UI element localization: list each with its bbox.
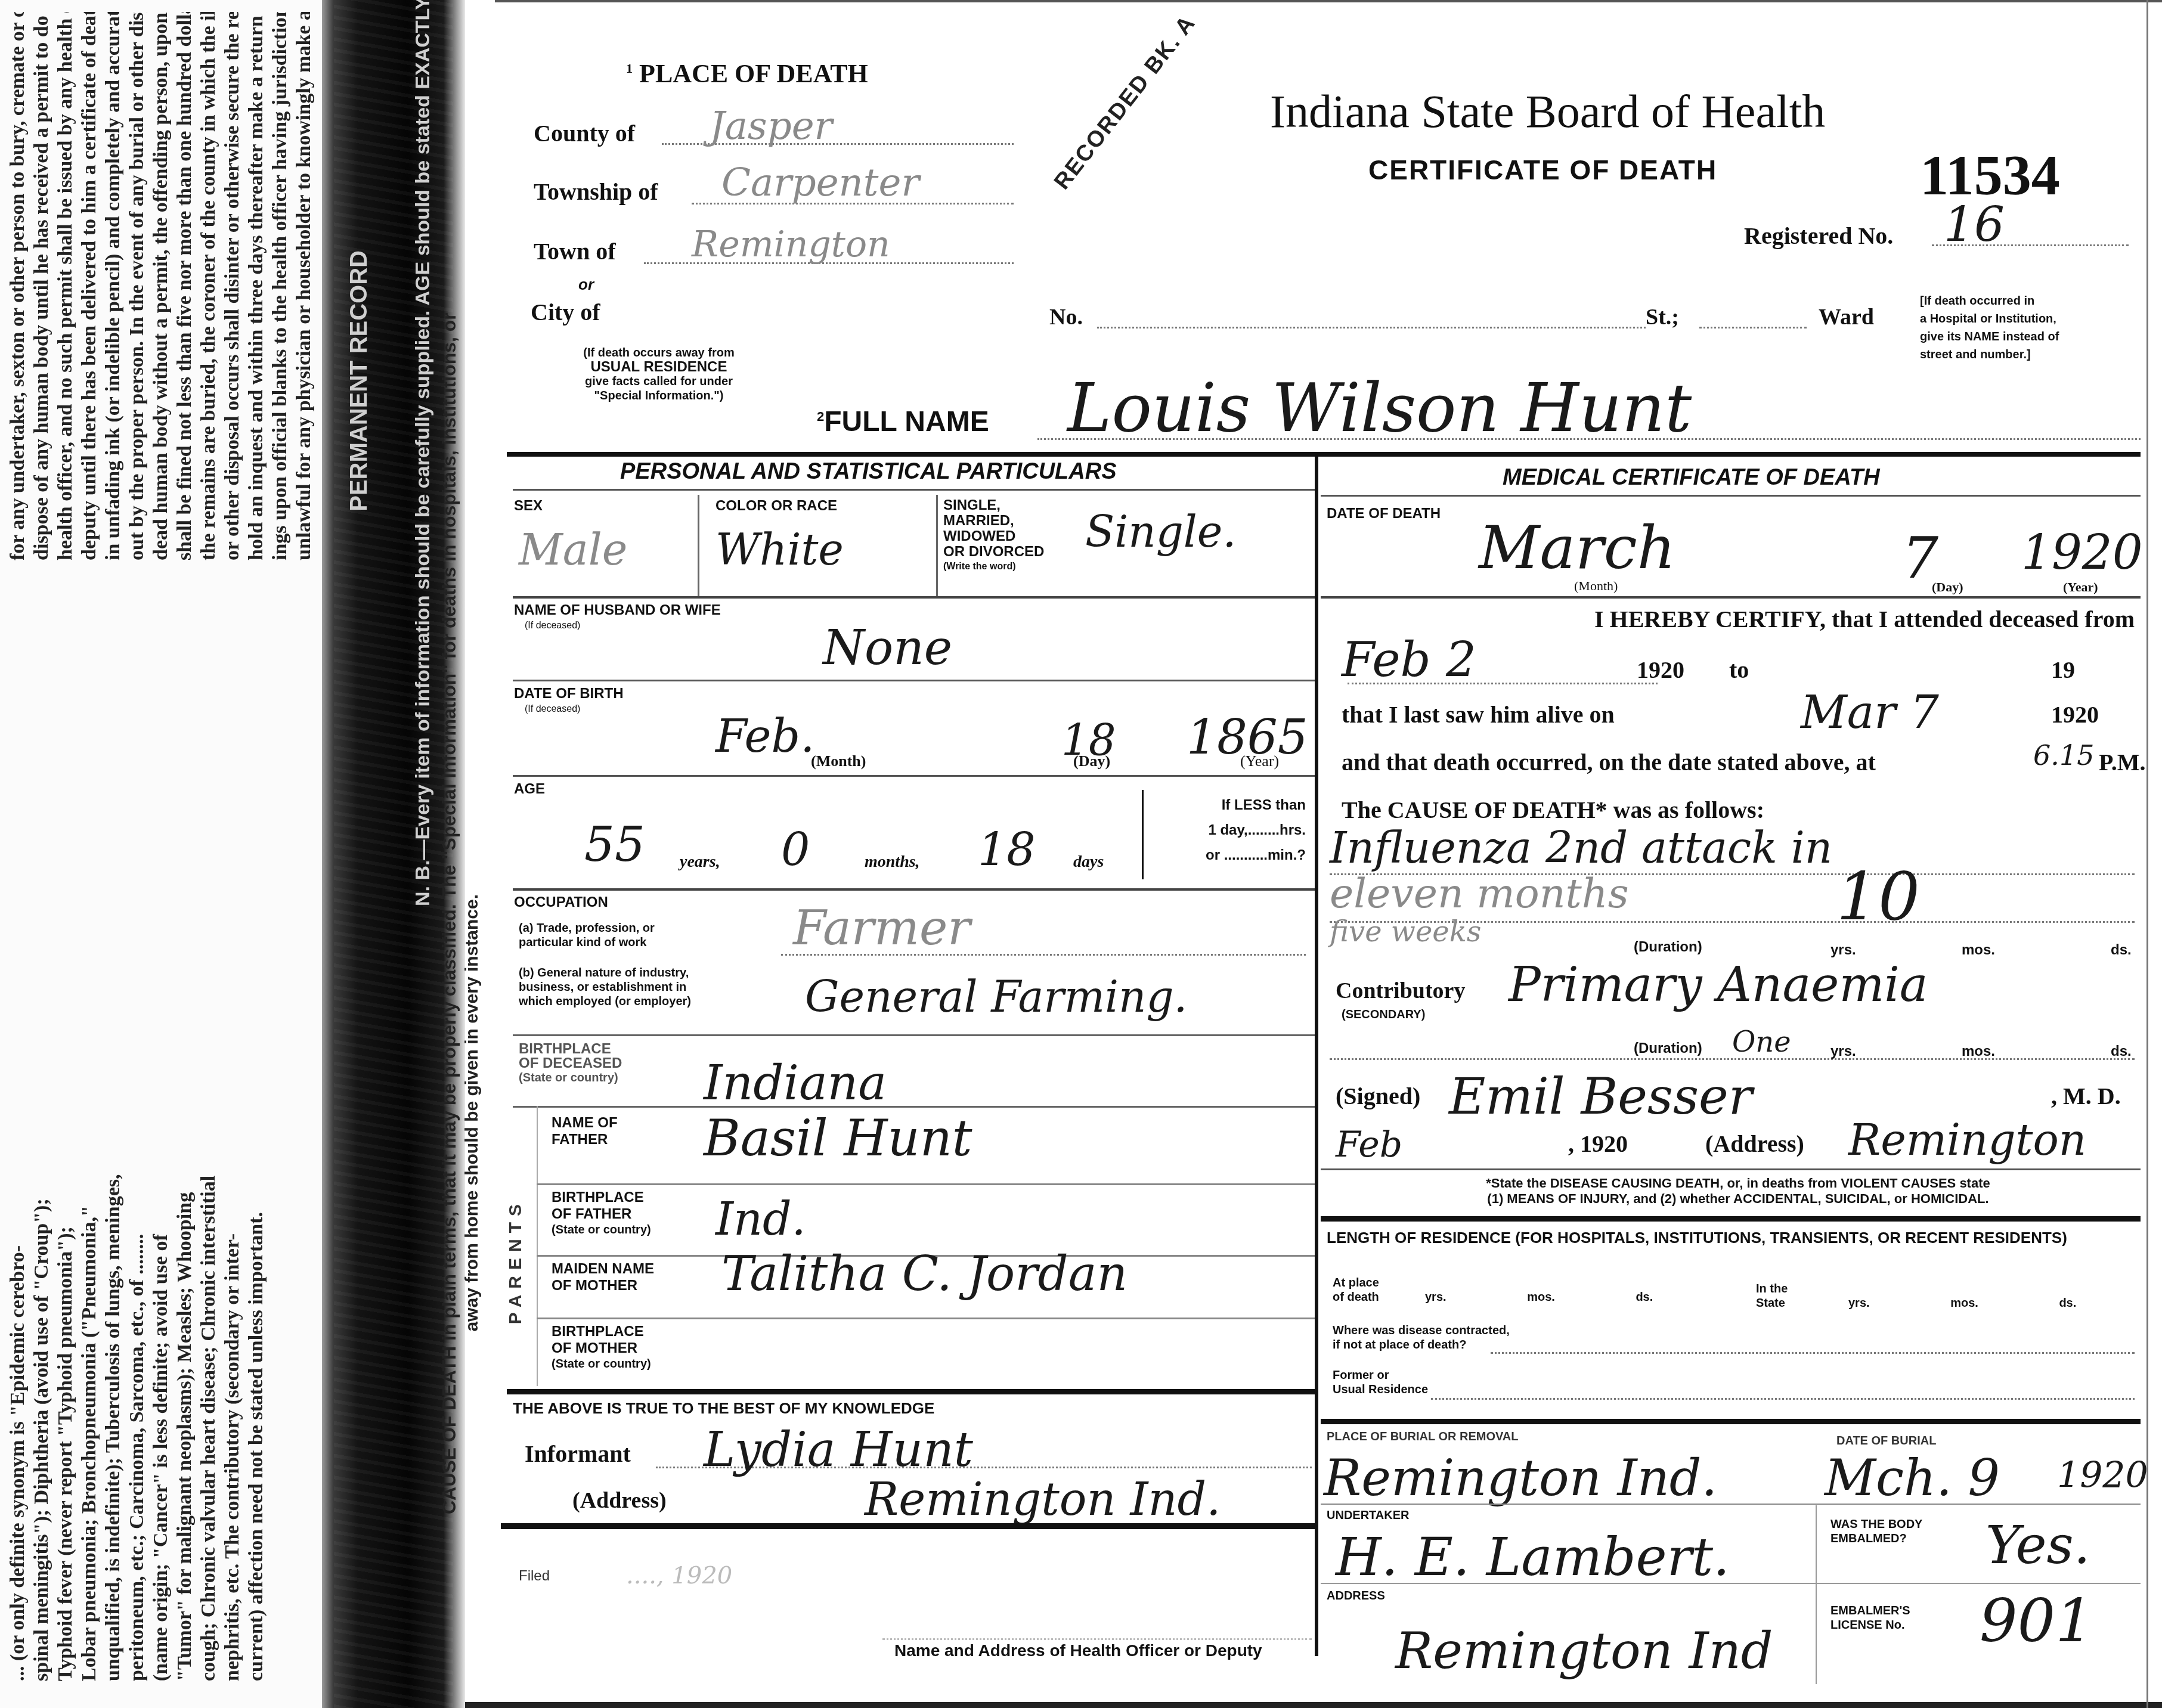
mos-label: mos. [1950, 1297, 1978, 1310]
label-line: OR DIVORCED [943, 544, 1044, 560]
instruction-line: Lobar pneumonia; Bronchopneumonia ("Pneu… [78, 870, 101, 1681]
label-line: which employed (or employer) [519, 994, 691, 1009]
instruction-line: for any undertaker, sexton or other pers… [6, 12, 30, 560]
spine-note-3: away from home should be given in every … [462, 894, 482, 1332]
instruction-line: current) affection need not be stated un… [244, 870, 268, 1681]
age-months: 0 [781, 823, 810, 876]
label-line: NAME OF [552, 1115, 618, 1132]
undertaker-label: UNDERTAKER [1327, 1508, 1410, 1523]
instruction-line: cough; Chronic valvular heart disease; C… [197, 870, 221, 1681]
street-no-label: No. [1049, 304, 1083, 330]
months-caption: months, [865, 853, 920, 872]
label-line: MAIDEN NAME [552, 1261, 654, 1278]
label-line: (b) General nature of industry, [519, 966, 691, 980]
row-line [1321, 1583, 2141, 1584]
label-line: State [1756, 1296, 1788, 1310]
dob-label: DATE OF BIRTH [514, 686, 624, 702]
days-caption: days [1073, 853, 1104, 872]
contributory-label: Contributory [1336, 978, 1465, 1004]
race-label: COLOR OR RACE [715, 498, 837, 514]
note-line: (If death occurs away from [540, 346, 778, 360]
former-residence-line [1431, 1398, 2135, 1400]
instruction-line: ings upon official blanks to the health … [268, 12, 292, 560]
age-days: 18 [978, 823, 1036, 876]
label-line: (State or country) [519, 1071, 622, 1085]
age-less-than-day: If LESS than 1 day,........hrs. or .....… [1151, 793, 1306, 868]
father-name-label: NAME OF FATHER [552, 1115, 618, 1148]
undertaker-value: H. E. Lambert. [1336, 1526, 1730, 1588]
label-line: business, or establishment in [519, 980, 691, 994]
dod-label: DATE OF DEATH [1327, 506, 1441, 522]
instruction-line: out by the proper person. In the event o… [125, 12, 149, 560]
label-line: (a) Trade, profession, or [519, 921, 655, 935]
label-line: if not at place of death? [1333, 1338, 1510, 1352]
instruction-line: unqualified, is indefinite); Tuberculosi… [101, 870, 125, 1681]
ward-line [1699, 327, 1807, 328]
footnote-line: *State the DISEASE CAUSING DEATH, or, in… [1353, 1176, 2123, 1191]
attended-from-value: Feb 2 [1342, 632, 1476, 687]
health-officer-line [882, 1638, 1312, 1640]
label-line: Former or [1333, 1368, 1428, 1382]
instruction-line: dispose of any human body until he has r… [30, 12, 54, 560]
row-line [1321, 596, 2141, 599]
row-line [1321, 1168, 2141, 1170]
row-line [1321, 495, 2141, 497]
years-caption: years, [680, 853, 720, 872]
contracted-line [1491, 1352, 2135, 1354]
label-line: of death [1333, 1290, 1379, 1304]
label-line: particular kind of work [519, 935, 655, 950]
row-line [537, 1183, 1315, 1185]
cause-line-2: eleven months [1330, 870, 1629, 917]
instruction-line: ... (or only definite synonym is "Epidem… [6, 870, 30, 1681]
city-label: City of [531, 298, 600, 326]
form-right-edge [2146, 0, 2148, 1708]
registered-label: Registered No. [1744, 222, 1893, 250]
embalmed-label: WAS THE BODY EMBALMED? [1830, 1517, 1922, 1546]
dod-month-caption: (Month) [1574, 578, 1618, 594]
note-line: give its NAME instead of [1920, 328, 2135, 346]
section-divider [507, 1389, 1315, 1394]
label-line: EMBALMER'S [1830, 1604, 1910, 1618]
recorded-stamp: RECORDED BK. A [1049, 11, 1201, 195]
agency-name: Indiana State Board of Health [1270, 85, 1825, 138]
note-line: a Hospital or Institution, [1920, 310, 2135, 328]
marital-status-value: Single. [1085, 507, 1236, 557]
father-name-value: Basil Hunt [704, 1109, 972, 1167]
contributory-yrs-label: yrs. [1830, 1043, 1856, 1060]
informant-address-value: Remington Ind. [865, 1473, 1221, 1526]
spouse-label: NAME OF HUSBAND OR WIFE [514, 602, 721, 619]
cell-divider [1816, 1505, 1817, 1684]
occupation-a-value: Farmer [793, 900, 970, 956]
certify-statement: I HEREBY CERTIFY, that I attended deceas… [1348, 605, 2135, 633]
label-line: BIRTHPLACE [519, 1042, 622, 1056]
cause-line-3: five weeks [1330, 915, 1481, 948]
instruction-line: unlawful for any physician or householde… [292, 12, 316, 560]
cause-footnote: *State the DISEASE CAUSING DEATH, or, in… [1353, 1176, 2123, 1207]
instruction-line: spinal meningitis"); Diphtheria (avoid u… [30, 870, 54, 1681]
street-label: St.; [1646, 304, 1679, 330]
last-saw-value: Mar 7 [1801, 686, 1939, 739]
form-top-edge [495, 0, 2162, 2]
row-line [513, 596, 1315, 599]
label-line: OF MOTHER [552, 1340, 651, 1357]
label-line: BIRTHPLACE [552, 1323, 651, 1340]
spouse-value: None [823, 620, 952, 675]
section-divider [1321, 1216, 2141, 1222]
section-divider [501, 1523, 1315, 1529]
license-value: 901 [1980, 1586, 2093, 1656]
pm-label: P.M. [2099, 748, 2146, 776]
embalmed-value: Yes. [1986, 1514, 2090, 1576]
registered-value: 16 [1944, 197, 2005, 252]
occupation-a-label: (a) Trade, profession, or particular kin… [519, 921, 655, 950]
yrs-label: yrs. [1848, 1297, 1870, 1310]
spine-note-2: CAUSE OF DEATH in plain terms, that it m… [438, 143, 460, 1514]
md-label: , M. D. [2051, 1082, 2121, 1110]
attestation-label: THE ABOVE IS TRUE TO THE BEST OF MY KNOW… [513, 1400, 934, 1416]
cause-duration-mos: 10 [1836, 858, 1920, 935]
label-line: MARRIED, [943, 513, 1044, 529]
father-birthplace-value: Ind. [715, 1192, 806, 1245]
medical-section-title: MEDICAL CERTIFICATE OF DEATH [1503, 465, 1880, 491]
row-line [513, 680, 1315, 681]
at-place-label: At place of death [1333, 1276, 1379, 1304]
occupation-label: OCCUPATION [514, 894, 608, 911]
health-officer-label: Name and Address of Health Officer or De… [894, 1642, 1262, 1659]
cell-divider [936, 495, 938, 596]
mother-maiden-name-value: Talitha C. Jordan [721, 1246, 1128, 1301]
to-label: to [1729, 656, 1749, 684]
secondary-label: (SECONDARY) [1342, 1008, 1425, 1022]
marital-status-label: SINGLE, MARRIED, WIDOWED OR DIVORCED (Wr… [943, 498, 1044, 574]
row-line [513, 1034, 1315, 1036]
label-line: LICENSE No. [1830, 1618, 1910, 1632]
ds-label: ds. [2059, 1297, 2076, 1310]
contributory-ds-label: ds. [2111, 1043, 2132, 1060]
cell-divider [698, 495, 699, 596]
hospital-note: [If death occurred in a Hospital or Inst… [1920, 292, 2135, 364]
label-line: WAS THE BODY [1830, 1517, 1922, 1532]
license-label: EMBALMER'S LICENSE No. [1830, 1604, 1910, 1632]
death-occurred-statement: and that death occurred, on the date sta… [1342, 748, 1876, 776]
burial-place-label: PLACE OF BURIAL OR REMOVAL [1327, 1430, 1518, 1444]
label-hint: (Write the word) [943, 560, 1044, 574]
label-line: Usual Residence [1333, 1382, 1428, 1397]
last-saw-statement: that I last saw him alive on [1342, 700, 1615, 729]
attended-to-year: 19 [2051, 656, 2075, 684]
burial-place-value: Remington Ind. [1324, 1449, 1717, 1507]
cause-yrs-label: yrs. [1830, 942, 1856, 959]
label-line: (State or country) [552, 1357, 651, 1371]
note-line: [If death occurred in [1920, 292, 2135, 310]
away-from-residence-note: (If death occurs away from USUAL RESIDEN… [540, 346, 778, 403]
instruction-line: the remains are buried, the coroner of t… [197, 12, 221, 560]
birthplace-value: Indiana [704, 1055, 887, 1111]
place-of-death-title: 1 PLACE OF DEATH [626, 58, 868, 89]
burial-year: 1920 [2057, 1455, 2148, 1496]
row-line [513, 888, 1315, 891]
dod-year-caption: (Year) [2063, 579, 2098, 595]
in-state-units: yrs. mos. ds. [1795, 1296, 2076, 1310]
signed-date: Feb [1336, 1124, 1402, 1165]
contributory-value: Primary Anaemia [1509, 957, 1928, 1012]
contributory-duration-yrs: One [1732, 1025, 1791, 1059]
instruction-line: or other disposal occurs shall disinter … [221, 12, 244, 560]
label-line: 1 day,........hrs. [1151, 818, 1306, 843]
town-label: Town of [534, 237, 615, 265]
sex-label: SEX [514, 498, 543, 514]
age-years: 55 [584, 817, 645, 872]
mother-birthplace-label: BIRTHPLACE OF MOTHER (State or country) [552, 1323, 651, 1371]
spine-note-1: N. B.—Every item of information should b… [411, 72, 435, 906]
section-divider [507, 452, 2141, 457]
cause-duration-label: (Duration) [1634, 939, 1702, 956]
form-bottom-edge [465, 1702, 2162, 1708]
parents-label: PARENTS [506, 1198, 526, 1324]
instruction-line: Typhoid fever (never report "Typhoid pne… [54, 870, 78, 1681]
dob-month-caption: (Month) [811, 752, 866, 770]
instruction-line: peritoneum, etc.; Carcinoma, Sarcoma, et… [125, 870, 149, 1681]
dob-hint: (If deceased) [525, 702, 580, 717]
field-number: 2 [817, 409, 824, 424]
cell-divider [537, 1106, 538, 1386]
dod-year: 1920 [2021, 525, 2143, 580]
informant-value: Lydia Hunt [704, 1422, 973, 1477]
in-state-label: In the State [1756, 1282, 1788, 1310]
occupation-b-value: General Farming. [805, 972, 1187, 1022]
instruction-line: (name origin; "Cancer" is less definite;… [149, 870, 173, 1681]
place-of-death-title-text: PLACE OF DEATH [639, 59, 868, 88]
last-saw-year: 1920 [2051, 700, 2099, 729]
signer-address-label: (Address) [1705, 1130, 1804, 1158]
facing-page: for any undertaker, sexton or other pers… [0, 0, 334, 1708]
dob-month: Feb. [715, 709, 814, 762]
label-line: WIDOWED [943, 529, 1044, 544]
sex-value: Male [519, 525, 627, 575]
contracted-label: Where was disease contracted, if not at … [1333, 1323, 1510, 1352]
cause-title: The CAUSE OF DEATH* was as follows: [1342, 796, 1764, 824]
ward-label: Ward [1819, 304, 1874, 330]
section-divider [1321, 1419, 2141, 1424]
county-label: County of [534, 119, 635, 147]
race-value: White [715, 525, 844, 575]
label-line: Where was disease contracted, [1333, 1323, 1510, 1338]
town-value: Remington [692, 224, 890, 265]
note-line: USUAL RESIDENCE [540, 360, 778, 374]
spine-label: PERMANENT RECORD [346, 250, 373, 512]
signed-year: , 1920 [1568, 1130, 1628, 1158]
contributory-duration-label: (Duration) [1634, 1040, 1702, 1057]
street-line [1097, 327, 1646, 328]
certificate-title: CERTIFICATE OF DEATH [1368, 154, 1717, 186]
row-line [513, 775, 1315, 777]
informant-label: Informant [525, 1440, 631, 1468]
county-value: Jasper [710, 104, 832, 148]
ds-label: ds. [1636, 1291, 1653, 1304]
row-line [513, 489, 1315, 491]
residence-title: LENGTH OF RESIDENCE (FOR HOSPITALS, INST… [1327, 1228, 2132, 1247]
spouse-hint: (If deceased) [525, 619, 580, 633]
dob-year-caption: (Year) [1240, 752, 1279, 770]
mother-maiden-name-label: MAIDEN NAME OF MOTHER [552, 1261, 654, 1294]
burial-date-value: Mch. 9 [1825, 1449, 2000, 1507]
informant-address-label: (Address) [572, 1487, 667, 1514]
note-line: give facts called for under [540, 374, 778, 389]
label-line: (State or country) [552, 1223, 651, 1237]
attended-from-line [1348, 683, 1658, 684]
column-divider [1315, 452, 1318, 1656]
yrs-label: yrs. [1425, 1291, 1447, 1304]
full-name-label-text: FULL NAME [824, 406, 989, 438]
note-line: "Special Information.") [540, 389, 778, 403]
age-label: AGE [514, 781, 545, 798]
instruction-line: nephritis, etc. The contributory (second… [221, 870, 244, 1681]
label-line: If LESS than [1151, 793, 1306, 818]
label-line: OF FATHER [552, 1206, 651, 1223]
attended-from-year: 1920 [1637, 656, 1684, 684]
label-line: EMBALMED? [1830, 1532, 1922, 1546]
at-place-units: yrs. mos. ds. [1389, 1290, 1653, 1304]
cause-mos-label: mos. [1962, 942, 1995, 959]
death-time: 6.15 [2033, 739, 2094, 771]
contributory-mos-label: mos. [1962, 1043, 1995, 1060]
personal-section-title: PERSONAL AND STATISTICAL PARTICULARS [620, 459, 1117, 485]
dob-day-caption: (Day) [1073, 752, 1110, 770]
occupation-b-label: (b) General nature of industry, business… [519, 966, 691, 1009]
cause-line-1: Influenza 2nd attack in [1330, 823, 1832, 873]
undertaker-address-label: ADDRESS [1327, 1589, 1385, 1603]
label-line: SINGLE, [943, 498, 1044, 513]
township-value: Carpenter [721, 161, 919, 205]
former-residence-label: Former or Usual Residence [1333, 1368, 1428, 1397]
label-line: OF DECEASED [519, 1056, 622, 1071]
signed-label: (Signed) [1336, 1082, 1420, 1110]
filed-label: Filed [519, 1568, 550, 1585]
instruction-line: health officer, and no such permit shall… [54, 12, 78, 560]
note-line: street and number.] [1920, 346, 2135, 364]
full-name-label: 2FULL NAME [817, 405, 989, 438]
label-line: FATHER [552, 1132, 618, 1148]
father-birthplace-label: BIRTHPLACE OF FATHER (State or country) [552, 1189, 651, 1237]
row-line [1321, 1504, 2141, 1505]
birthplace-label: BIRTHPLACE OF DECEASED (State or country… [519, 1042, 622, 1085]
instruction-line: deputy until there has been delivered to… [78, 12, 101, 560]
instruction-line: hold an inquest and within three days th… [244, 12, 268, 560]
field-number: 1 [626, 61, 633, 76]
label-line: BIRTHPLACE [552, 1189, 651, 1206]
instruction-line: "Tumor" for malignant neoplasms); Measle… [173, 870, 197, 1681]
undertaker-address-value: Remington Ind [1395, 1622, 1773, 1680]
filed-value: ...., 1920 [626, 1562, 732, 1589]
dod-day-caption: (Day) [1932, 579, 1963, 595]
mos-label: mos. [1527, 1291, 1555, 1304]
row-line [537, 1318, 1315, 1319]
full-name-value: Louis Wilson Hunt [1067, 370, 1692, 447]
label-line: OF MOTHER [552, 1278, 654, 1294]
instruction-line: in unfading ink (or indelible pencil) an… [101, 12, 125, 560]
township-label: Township of [534, 178, 658, 206]
row-line [513, 1106, 1315, 1108]
cell-divider [1142, 790, 1144, 879]
cause-ds-label: ds. [2111, 942, 2132, 959]
or-label: or [578, 275, 594, 294]
physician-signature: Emil Besser [1449, 1067, 1752, 1126]
label-line: At place [1333, 1276, 1379, 1290]
signer-address-value: Remington [1848, 1115, 2086, 1165]
occupation-a-line [781, 954, 1306, 956]
instruction-line: dead human body without a permit, the of… [149, 12, 173, 560]
instruction-line: shall be fined not less than five nor mo… [173, 12, 197, 560]
footnote-line: (1) MEANS OF INJURY, and (2) whether ACC… [1353, 1191, 2123, 1207]
label-line: or ...........min.? [1151, 843, 1306, 868]
label-line: In the [1756, 1282, 1788, 1296]
burial-date-label: DATE OF BURIAL [1836, 1434, 1936, 1448]
dod-month: March [1479, 513, 1675, 582]
